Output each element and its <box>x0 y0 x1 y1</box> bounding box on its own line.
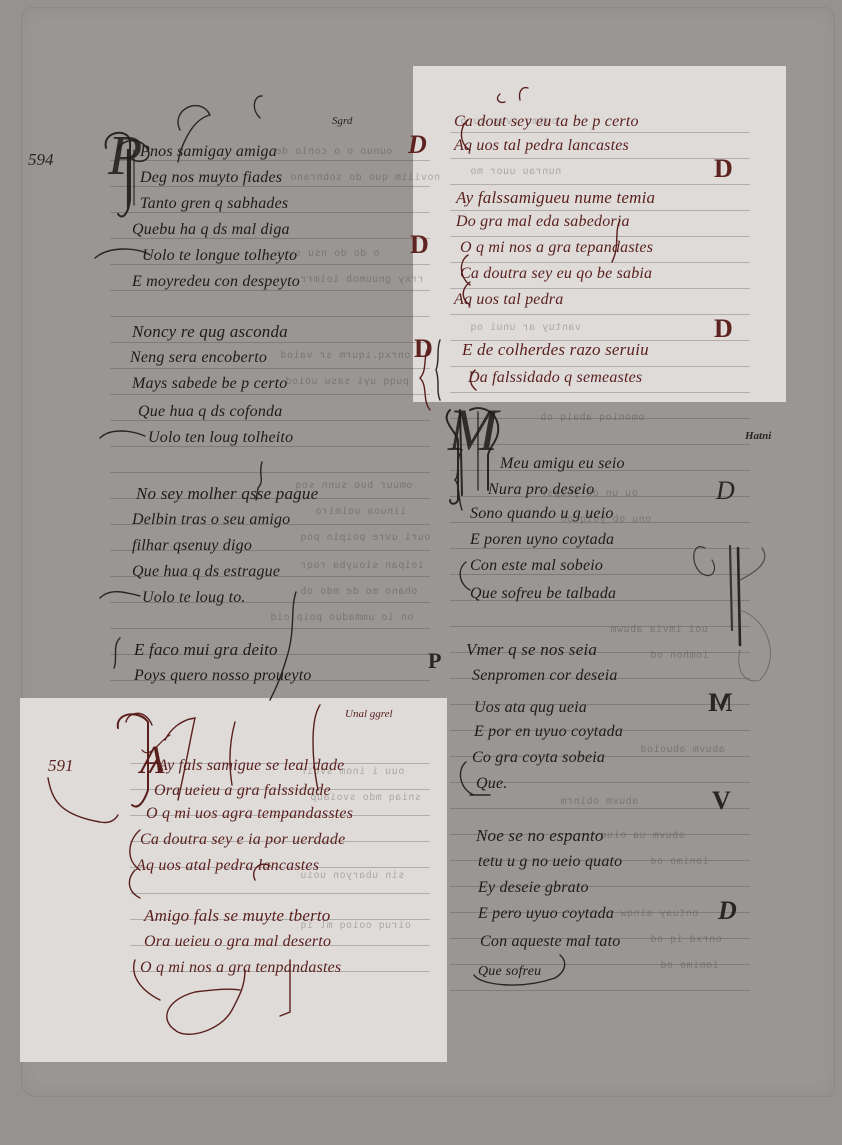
verse-line: Ay falssamigueu nume temia <box>456 188 655 208</box>
margin-capital-d: D <box>714 316 733 342</box>
margin-capital-d: D <box>716 478 735 504</box>
verse-line: Ca dout sey eu ta be p certo <box>454 112 639 132</box>
verse-line: E poren uyno coytada <box>470 530 614 550</box>
verse-line: Senpromen cor deseia <box>472 666 618 686</box>
verse-line: Tanto gren q sabhades <box>140 194 288 214</box>
verse-line: Que. <box>476 774 507 794</box>
margin-capital-m: M <box>708 690 733 716</box>
verse-line: Noe se no espanto <box>476 826 604 846</box>
verse-line: Nura pro deseio <box>488 480 594 500</box>
initial-m: M <box>448 400 498 460</box>
margin-capital-d: D <box>408 132 427 158</box>
verse-line: Uolo ten loug tolheito <box>148 428 293 448</box>
verse-line: Ora ueieu o gra mal deserto <box>144 932 331 952</box>
verse-line: tetu u g no ueio quato <box>478 852 622 872</box>
folio-number-591: 591 <box>48 756 74 776</box>
marginal-note-bottom: Unal ggrel <box>345 708 393 720</box>
verse-line: Amigo fals se muyte tberto <box>144 906 331 926</box>
verse-line: E pero uyuo coytada <box>478 904 614 924</box>
marginal-note-top: Sgrd <box>332 115 352 127</box>
verse-line: Sono quando u g ueio <box>470 504 614 524</box>
margin-capital-d: D <box>414 336 433 362</box>
verse-line: O q mi nos a gra tepandastes <box>460 238 653 258</box>
verse-line: Meu amigu eu seio <box>500 454 625 474</box>
verse-line: Uolo te loug to. <box>142 588 246 608</box>
verse-line: O q mi uos agra tempandasstes <box>146 804 353 824</box>
margin-capital-p: P <box>428 650 441 672</box>
marginal-note-right: Hatni <box>745 430 771 442</box>
verse-line: Ca doutra sey eu qo be sabia <box>460 264 652 284</box>
verse-line: E de colherdes razo seruiu <box>462 340 649 360</box>
folio-number-594: 594 <box>28 150 54 170</box>
verse-line: Uolo te longue tolheyto <box>142 246 297 266</box>
verse-line: Que hua q ds estrague <box>132 562 280 582</box>
verse-line: Vmer q se nos seia <box>466 640 597 660</box>
verse-line: Ey deseie gbrato <box>478 878 589 898</box>
verse-line: O q mi nos a gra tenpandastes <box>140 958 341 978</box>
verse-line: Pnos samigay amiga <box>140 142 277 162</box>
verse-line: Ca doutra sey e ia por uerdade <box>140 830 345 850</box>
verse-line: Uos ata qug ueia <box>474 698 587 718</box>
verse-line: Poys quero nosso proueyto <box>134 666 312 686</box>
verse-line: E faco mui gra deito <box>134 640 278 660</box>
verse-line: Ay fals samigue se leal dade <box>158 756 344 776</box>
verse-line: filhar qsenuy digo <box>132 536 252 556</box>
verse-line: No sey molher qsse pague <box>136 484 318 504</box>
verse-line: Delbin tras o seu amigo <box>132 510 290 530</box>
verse-line: Que sofreu <box>478 962 541 982</box>
margin-capital-d: D <box>714 156 733 182</box>
verse-line: Aq uos tal pedra lancastes <box>454 136 629 156</box>
verse-line: Da falssidado q semeastes <box>468 368 642 388</box>
verse-line: Do gra mal eda sabedoria <box>456 212 630 232</box>
verse-line: Noncy re qug asconda <box>132 322 288 342</box>
verse-line: Aq uos tal pedra <box>454 290 563 310</box>
initial-p: P <box>108 128 142 184</box>
verse-line: Con este mal sobeio <box>470 556 603 576</box>
verse-line: Aq uos atal pedra lancastes <box>136 856 319 876</box>
verse-line: E por en uyuo coytada <box>474 722 623 742</box>
margin-capital-v: V <box>712 788 731 814</box>
verse-line: E moyredeu con despeyto <box>132 272 300 292</box>
verse-line: Con aqueste mal tato <box>480 932 620 952</box>
verse-line: Co gra coyta sobeia <box>472 748 605 768</box>
verse-line: Deg nos muyto fiades <box>140 168 282 188</box>
verse-line: Que sofreu be talbada <box>470 584 616 604</box>
verse-line: Ora ueieu a gra falssidade <box>154 781 331 801</box>
verse-line: Que hua q ds cofonda <box>138 402 282 422</box>
verse-line: Quebu ha q ds mal diga <box>132 220 290 240</box>
margin-capital-d: D <box>410 232 429 258</box>
verse-line: Neng sera encoberto <box>130 348 267 368</box>
verse-line: Mays sabede be p certo <box>132 374 287 394</box>
margin-capital-d: D <box>718 898 737 924</box>
